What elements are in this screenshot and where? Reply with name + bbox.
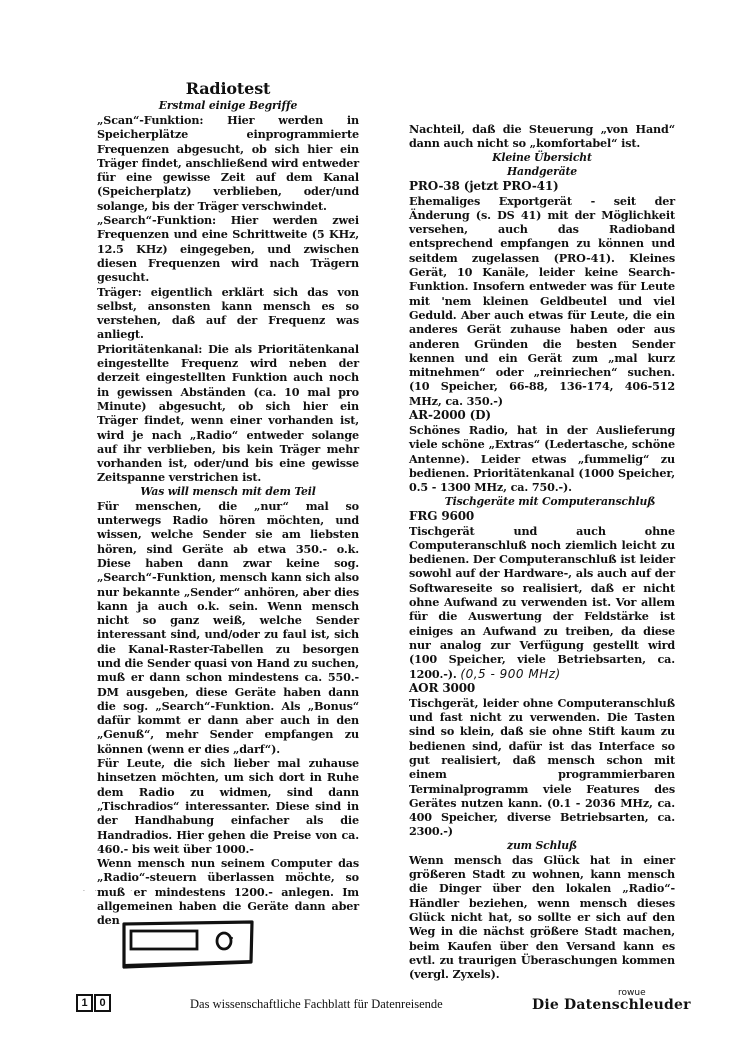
page-number: 1 0 [76,994,111,1012]
paragraph-traeger: Träger: eigentlich erklärt sich das von … [97,285,359,342]
radio-sketch-icon [120,918,254,970]
paragraph-computer: Wenn mensch nun seinem Computer das „Rad… [97,856,359,927]
paragraph-menschen: Für menschen, die „nur“ mal so unterwegs… [97,499,359,756]
model-pro38: PRO-38 (jetzt PRO-41) [409,179,675,194]
subhead-zum-schluss: zum Schluß [409,839,675,853]
subhead-handgeraete: Handgeräte [409,165,675,179]
subhead-tischgeraete: Tischgeräte mit Computeranschluß [409,495,675,509]
footer-brand: Die Datenschleuder [532,997,691,1013]
handwritten-note: (0,5 - 900 MHz) [460,667,560,681]
subhead-begriffe: Erstmal einige Begriffe [97,99,359,113]
paragraph-pro38: Ehemaliges Exportgerät - seit der Änderu… [409,194,675,408]
scan-specks: · · · · · [83,888,136,895]
footer-brand-overlay: rowue [618,988,646,998]
article-left-column: Radiotest Erstmal einige Begriffe „Scan“… [97,80,359,928]
paragraph-aor3000: Tischgerät, leider ohne Computeranschluß… [409,696,675,839]
model-aor3000: AOR 3000 [409,681,675,696]
paragraph-prioritaetenkanal: Prioritätenkanal: Die als Prioritätenkan… [97,342,359,485]
frg9600-text: Tischgerät und auch ohne Computeranschlu… [409,524,675,681]
paragraph-schluss: Wenn mensch das Glück hat in einer größe… [409,853,675,982]
paragraph-search: „Search“-Funktion: Hier werden zwei Freq… [97,213,359,284]
page-digit-1: 1 [76,994,93,1012]
paragraph-continuation: Nachteil, daß die Steuerung „von Hand“ d… [409,122,675,151]
model-ar2000: AR-2000 (D) [409,408,675,423]
document-page: Radiotest Erstmal einige Begriffe „Scan“… [0,0,739,1055]
paragraph-frg9600: Tischgerät und auch ohne Computeranschlu… [409,524,675,681]
paragraph-leute: Für Leute, die sich lieber mal zuhause h… [97,756,359,856]
article-title: Radiotest [97,80,359,98]
paragraph-scan: „Scan“-Funktion: Hier werden in Speicher… [97,113,359,213]
page-digit-2: 0 [94,994,111,1012]
article-right-column: Nachteil, daß die Steuerung „von Hand“ d… [409,122,675,981]
paragraph-ar2000: Schönes Radio, hat in der Auslieferung v… [409,423,675,494]
subhead-uebersicht: Kleine Übersicht [409,151,675,165]
footer-tagline: Das wissenschaftliche Fachblatt für Date… [190,997,443,1012]
subhead-was-will-mensch: Was will mensch mit dem Teil [97,485,359,499]
model-frg9600: FRG 9600 [409,509,675,524]
